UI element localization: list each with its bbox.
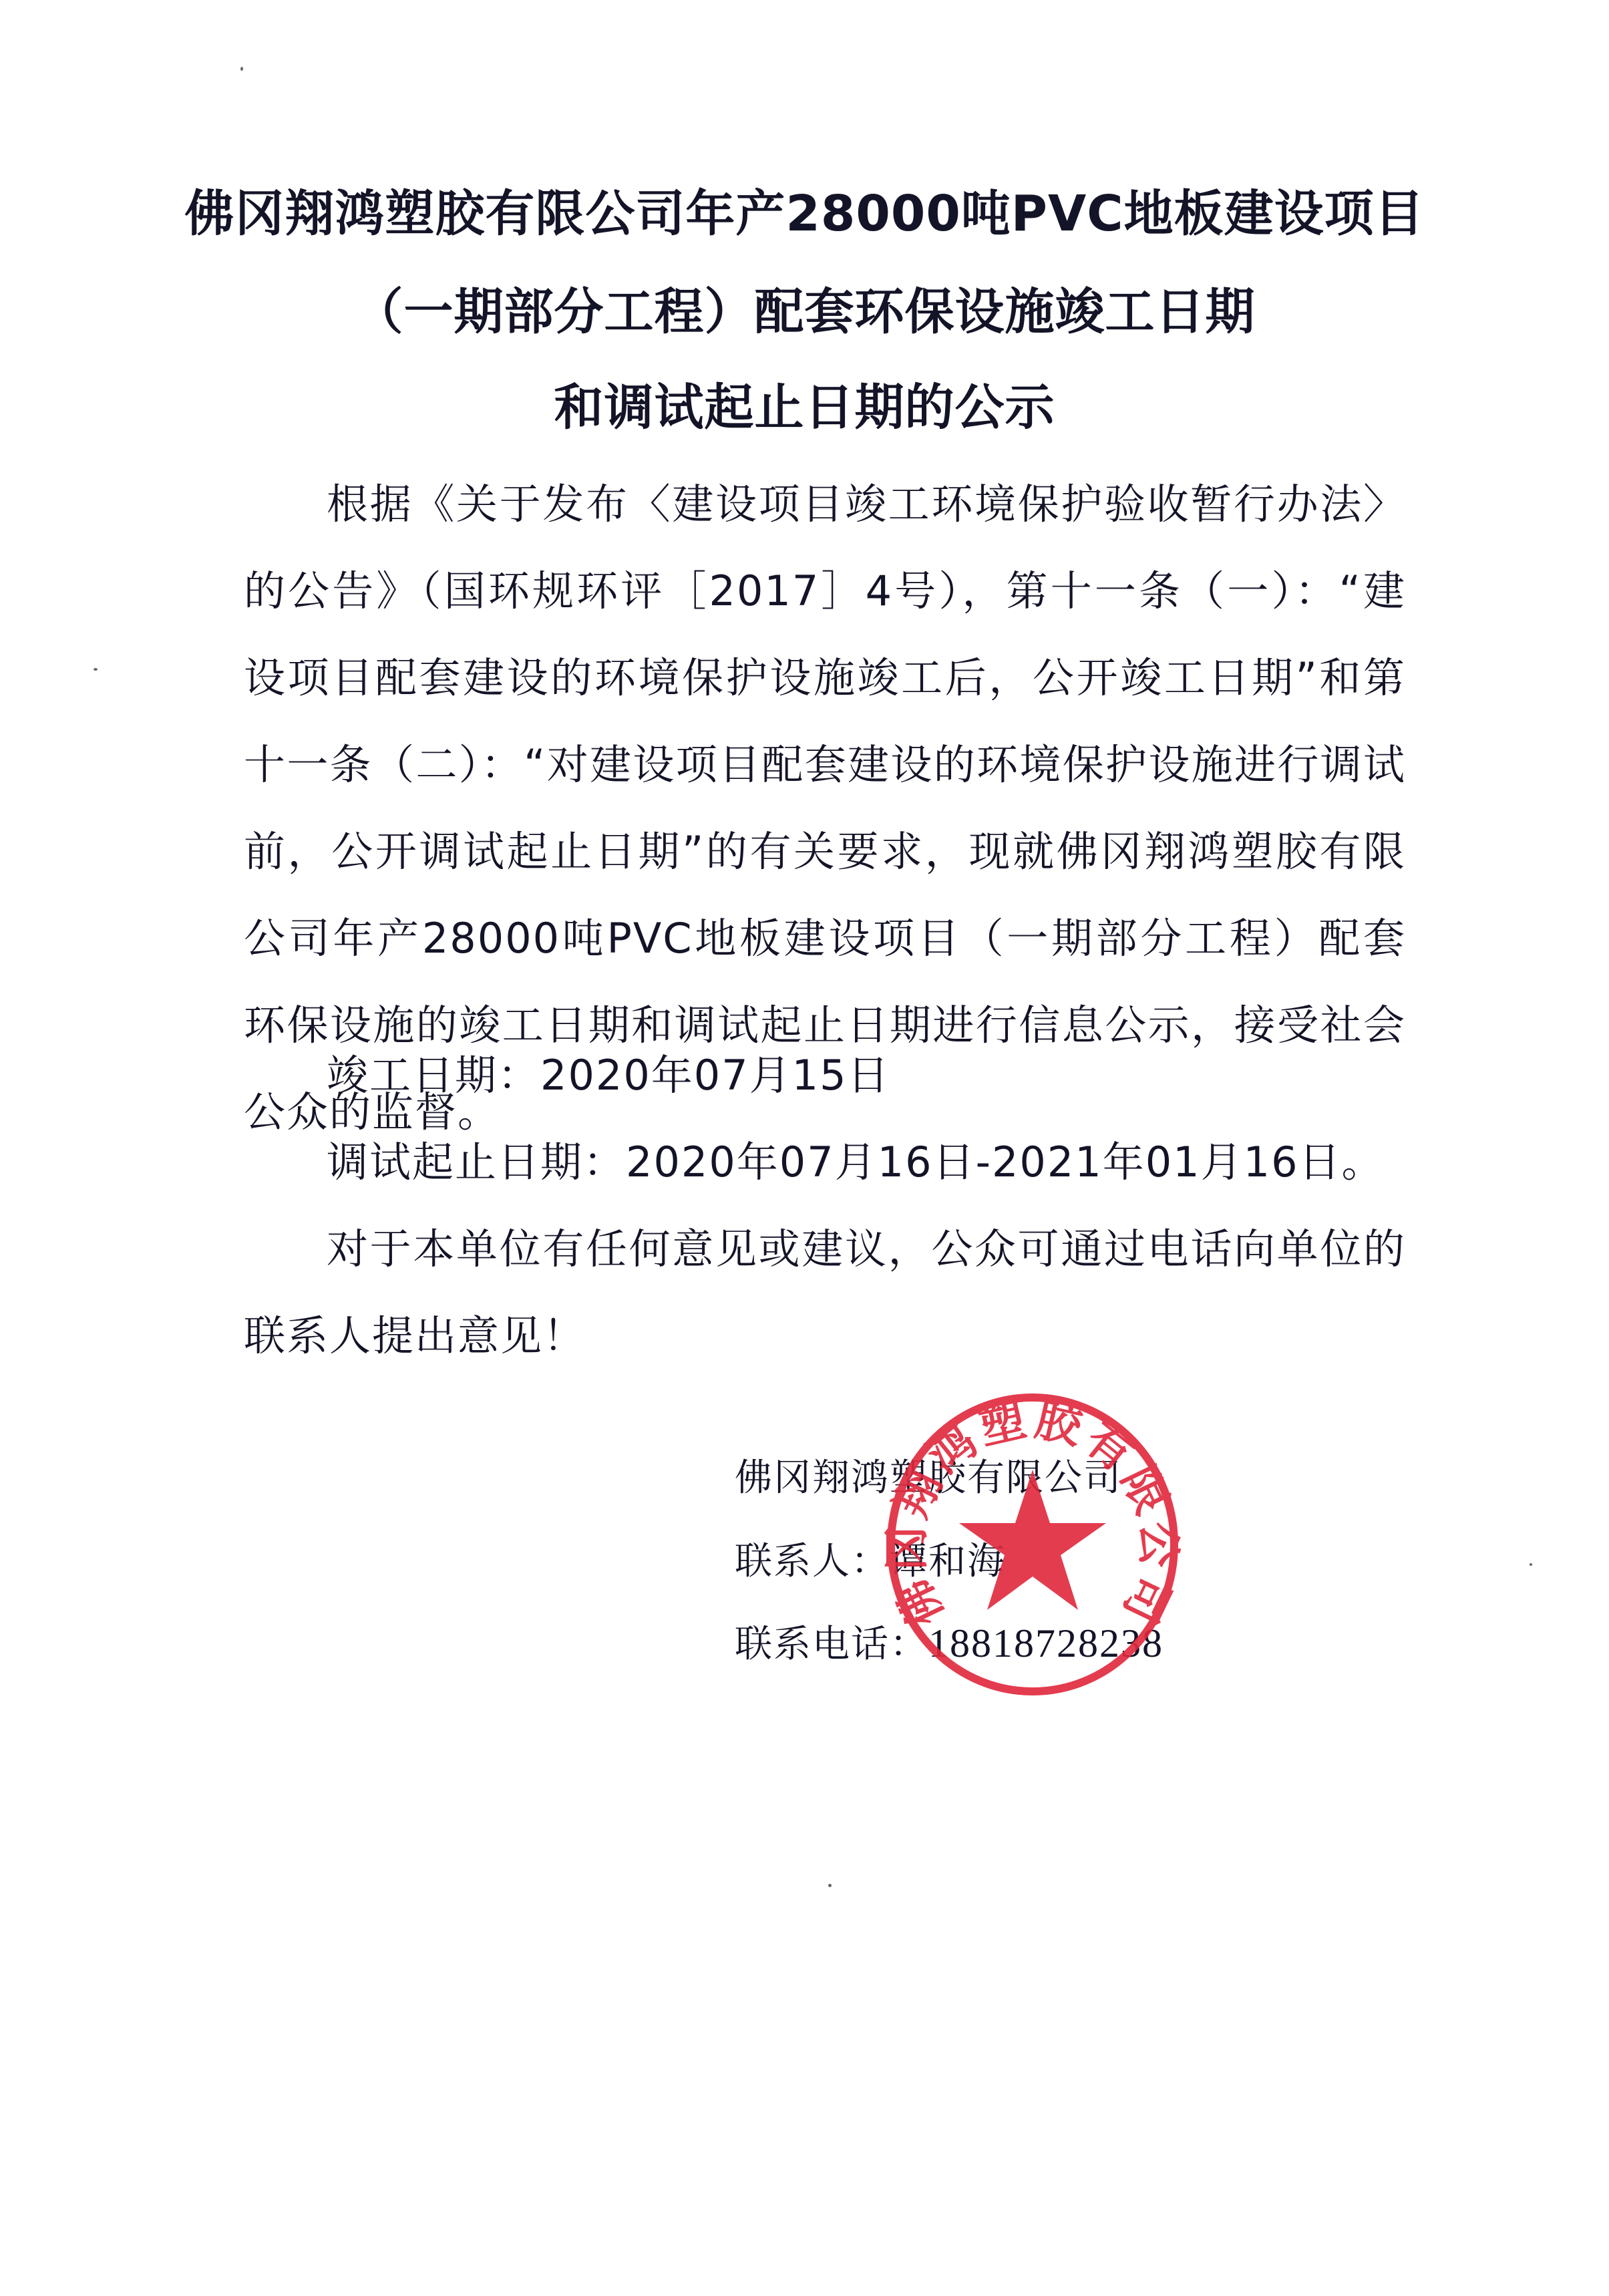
- signature-phone: 联系电话：18818728238: [735, 1623, 1164, 1663]
- document-page: 佛冈翔鸿塑胶有限公司年产28000吨PVC地板建设项目 （一期部分工程）配套环保…: [0, 0, 1609, 2296]
- phone-number: 18818728238: [928, 1621, 1164, 1665]
- stamp-text: 佛冈翔鸿塑胶有限公司: [881, 1393, 1184, 1635]
- signature-contact: 联系人：谭和海: [735, 1543, 1006, 1581]
- title-line-3: 和调试起止日期的公示: [0, 383, 1609, 432]
- scan-speck: [1530, 1563, 1532, 1566]
- commissioning-period: 调试起止日期：2020年07月16日-2021年01月16日。: [244, 1119, 1406, 1206]
- scan-speck: [828, 1884, 832, 1887]
- scan-speck: [94, 668, 98, 671]
- svg-text:佛冈翔鸿塑胶有限公司: 佛冈翔鸿塑胶有限公司: [881, 1393, 1184, 1635]
- title-line-1: 佛冈翔鸿塑胶有限公司年产28000吨PVC地板建设项目: [0, 189, 1609, 238]
- contact-name: 谭和海: [890, 1540, 1006, 1583]
- completion-date: 竣工日期：2020年07月15日: [244, 1032, 1406, 1119]
- contact-label: 联系人：: [735, 1540, 890, 1583]
- feedback-paragraph: 对于本单位有任何意见或建议，公众可通过电话向单位的联系人提出意见！: [244, 1206, 1406, 1379]
- title-line-2: （一期部分工程）配套环保设施竣工日期: [0, 287, 1609, 337]
- phone-label: 联系电话：: [735, 1623, 928, 1666]
- scan-speck: [240, 67, 243, 71]
- signature-company: 佛冈翔鸿塑胶有限公司: [735, 1460, 1122, 1497]
